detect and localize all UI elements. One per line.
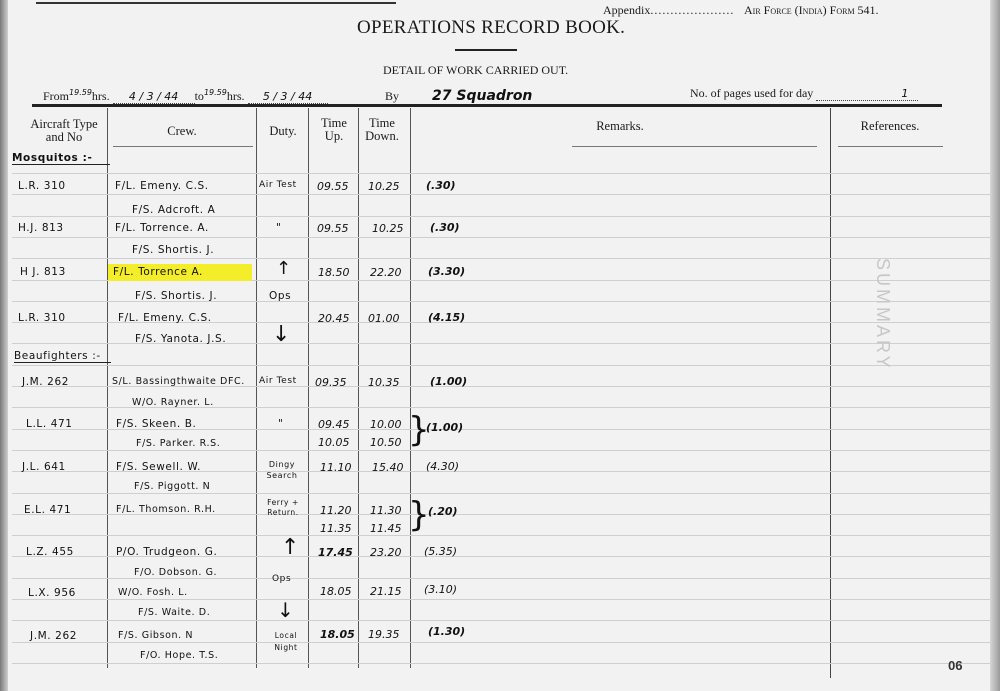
time-up: 20.45 <box>318 312 350 325</box>
duty: Air Test <box>259 180 297 190</box>
duration: (.20) <box>428 505 458 518</box>
crew-pilot: F/S. Sewell. W. <box>116 461 201 473</box>
crew-navigator: F/O. Hope. T.S. <box>140 650 218 661</box>
col-crew: Crew. <box>108 125 256 138</box>
duration: (1.00) <box>430 375 467 388</box>
crew-pilot: S/L. Bassingthwaite DFC. <box>112 376 245 387</box>
ruled-line <box>12 578 990 579</box>
arrow-down-icon: ↓ <box>277 598 294 622</box>
time-down: 21.15 <box>370 585 402 598</box>
duty: Ops <box>272 574 291 584</box>
time-up: 10.05 <box>318 436 350 449</box>
time-up: 09.45 <box>318 418 350 431</box>
crew-pilot: F/S. Gibson. N <box>118 630 193 641</box>
time-down: 10.50 <box>370 436 402 449</box>
ruled-line <box>12 450 990 451</box>
duration: (3.10) <box>424 583 457 596</box>
pages-label: No. of pages used for day <box>690 86 813 100</box>
crew-pilot: F/L. Thomson. R.H. <box>116 504 216 515</box>
time-down: 22.20 <box>370 266 402 279</box>
duration: (5.35) <box>424 545 457 558</box>
col-divider <box>256 108 257 668</box>
form-number: Air Force (India) Form 541. <box>744 3 879 18</box>
duty: Local Night <box>264 630 308 654</box>
ruled-line <box>12 493 990 494</box>
col-divider <box>107 108 108 668</box>
aircraft-no: E.L. 471 <box>24 504 71 516</box>
section-heading-beaufighters: Beaufighters :- <box>14 350 111 363</box>
page-subtitle: DETAIL OF WORK CARRIED OUT. <box>383 63 568 78</box>
pages-value: 1 <box>816 87 918 101</box>
crew-navigator: F/S. Adcroft. A <box>132 204 215 216</box>
time-down: 10.35 <box>368 376 400 389</box>
duration: (3.30) <box>428 265 465 278</box>
duty: Dingy Search <box>262 459 302 481</box>
col-time-up: Time Up. <box>318 117 350 143</box>
from-date: 4 / 3 / 44 <box>113 90 195 104</box>
hrs-label: hrs. <box>227 89 245 103</box>
time-up: 11.35 <box>320 522 352 535</box>
aircraft-no: L.R. 310 <box>18 180 66 192</box>
col-aircraft: Aircraft Type and No <box>28 118 100 144</box>
col-time-down: Time Down. <box>362 117 402 143</box>
from-time: 19.59 <box>69 88 92 97</box>
col-divider <box>308 108 309 668</box>
title-underline <box>455 49 517 51</box>
aircraft-no: L.L. 471 <box>26 418 73 430</box>
col-remarks: Remarks. <box>580 120 660 133</box>
duration: (4.15) <box>428 311 465 324</box>
page-number: 90 <box>948 658 962 673</box>
header-underline <box>113 146 253 147</box>
ruled-line <box>12 258 990 259</box>
crew-pilot: F/L. Emeny. C.S. <box>115 180 209 192</box>
time-down: 10.00 <box>370 418 402 431</box>
ruled-line <box>12 663 990 664</box>
aircraft-no: H.J. 813 <box>18 222 64 234</box>
crew-navigator: F/S. Shortis. J. <box>135 290 217 302</box>
ruled-line <box>12 620 990 621</box>
duty-ditto: " <box>276 222 281 234</box>
crew-navigator: W/O. Rayner. L. <box>132 397 214 408</box>
aircraft-no: L.R. 310 <box>18 312 66 324</box>
page-edge-shadow <box>990 0 1000 691</box>
time-down: 11.45 <box>370 522 402 535</box>
crew-navigator: F/S. Yanota. J.S. <box>135 333 226 345</box>
time-up: 09.35 <box>315 376 347 389</box>
time-down: 10.25 <box>372 222 404 235</box>
crew-navigator: F/S. Waite. D. <box>138 607 210 618</box>
page-title: OPERATIONS RECORD BOOK. <box>357 17 625 39</box>
col-references: References. <box>845 120 935 133</box>
duration: (1.00) <box>426 421 463 434</box>
pages-line: No. of pages used for day 1 <box>690 86 918 101</box>
duty: Ferry + Return. <box>262 498 304 518</box>
ops-record-page: Appendix..................... Air Force … <box>0 0 1000 691</box>
arrow-up-icon: ↑ <box>276 258 291 279</box>
hrs-label: hrs. <box>92 89 110 103</box>
crew-pilot: F/L. Torrence. A. <box>115 222 209 234</box>
from-label: From <box>43 89 69 103</box>
ruled-line <box>12 642 990 643</box>
duration: (1.30) <box>428 625 465 638</box>
col-divider <box>358 108 359 668</box>
aircraft-no: L.X. 956 <box>28 587 76 599</box>
crew-pilot: F/S. Skeen. B. <box>116 418 196 430</box>
top-rule <box>36 2 396 4</box>
header-underline <box>572 146 817 147</box>
by-line: By 27 Squadron <box>385 88 592 105</box>
time-up: 11.10 <box>320 461 352 474</box>
time-up: 11.20 <box>320 504 352 517</box>
crew-navigator: F/S. Parker. R.S. <box>136 438 220 449</box>
page-edge-shadow <box>0 0 8 691</box>
section-heading-mosquitos: Mosquitos :- <box>12 152 110 165</box>
arrow-up-icon: ↑ <box>281 535 299 560</box>
crew-pilot-highlighted: F/L. Torrence A. <box>113 266 203 278</box>
aircraft-no: L.Z. 455 <box>26 546 74 558</box>
crew-navigator: F/S. Piggott. N <box>134 481 210 492</box>
duration: (4.30) <box>426 460 459 473</box>
duration: (.30) <box>430 221 460 234</box>
col-divider <box>410 108 411 668</box>
time-up: 18.05 <box>320 628 355 641</box>
time-up: 09.55 <box>317 222 349 235</box>
summary-stamp: SUMMARY <box>872 258 893 371</box>
to-date: 5 / 3 / 44 <box>248 90 328 104</box>
ruled-line <box>12 216 990 217</box>
arrow-down-icon: ↓ <box>272 322 290 347</box>
time-down: 19.35 <box>368 628 400 641</box>
header-rule <box>32 104 942 107</box>
ruled-line <box>12 194 990 195</box>
appendix-label: Appendix..................... <box>603 3 734 18</box>
to-label: to <box>195 89 204 103</box>
ruled-line <box>12 237 990 238</box>
duty: Air Test <box>259 376 297 386</box>
crew-pilot: W/O. Fosh. L. <box>118 587 188 598</box>
squadron-name: 27 Squadron <box>402 88 592 105</box>
crew-pilot: P/O. Trudgeon. G. <box>116 546 217 558</box>
aircraft-no: J.M. 262 <box>22 376 69 388</box>
by-label: By <box>385 89 399 103</box>
ruled-line <box>12 173 990 174</box>
time-down: 15.40 <box>372 461 404 474</box>
ruled-line <box>12 599 990 600</box>
period-line: From19.59hrs. 4 / 3 / 44to19.59hrs. 5 / … <box>43 88 328 104</box>
ruled-line <box>12 365 990 366</box>
appendix-text: Appendix <box>603 3 650 17</box>
time-down: 10.25 <box>368 180 400 193</box>
aircraft-no: H J. 813 <box>20 266 66 278</box>
time-up: 18.05 <box>320 585 352 598</box>
duration: (.30) <box>426 179 456 192</box>
time-up: 18.50 <box>318 266 350 279</box>
time-down: 23.20 <box>370 546 402 559</box>
time-up: 09.55 <box>317 180 349 193</box>
crew-navigator: F/S. Shortis. J. <box>132 244 214 256</box>
aircraft-no: J.L. 641 <box>22 461 66 473</box>
brace-icon: } <box>408 498 430 532</box>
to-time: 19.59 <box>204 88 227 97</box>
ruled-line <box>12 535 990 536</box>
crew-navigator: F/O. Dobson. G. <box>134 567 217 578</box>
time-up: 17.45 <box>318 546 353 559</box>
duty-ditto: " <box>278 418 283 430</box>
time-down: 01.00 <box>368 312 400 325</box>
header-underline <box>838 146 943 147</box>
time-down: 11.30 <box>370 504 402 517</box>
crew-pilot: F/L. Emeny. C.S. <box>118 312 212 324</box>
col-duty: Duty. <box>258 125 308 138</box>
duty: Ops <box>269 290 291 302</box>
aircraft-no: J.M. 262 <box>30 630 77 642</box>
